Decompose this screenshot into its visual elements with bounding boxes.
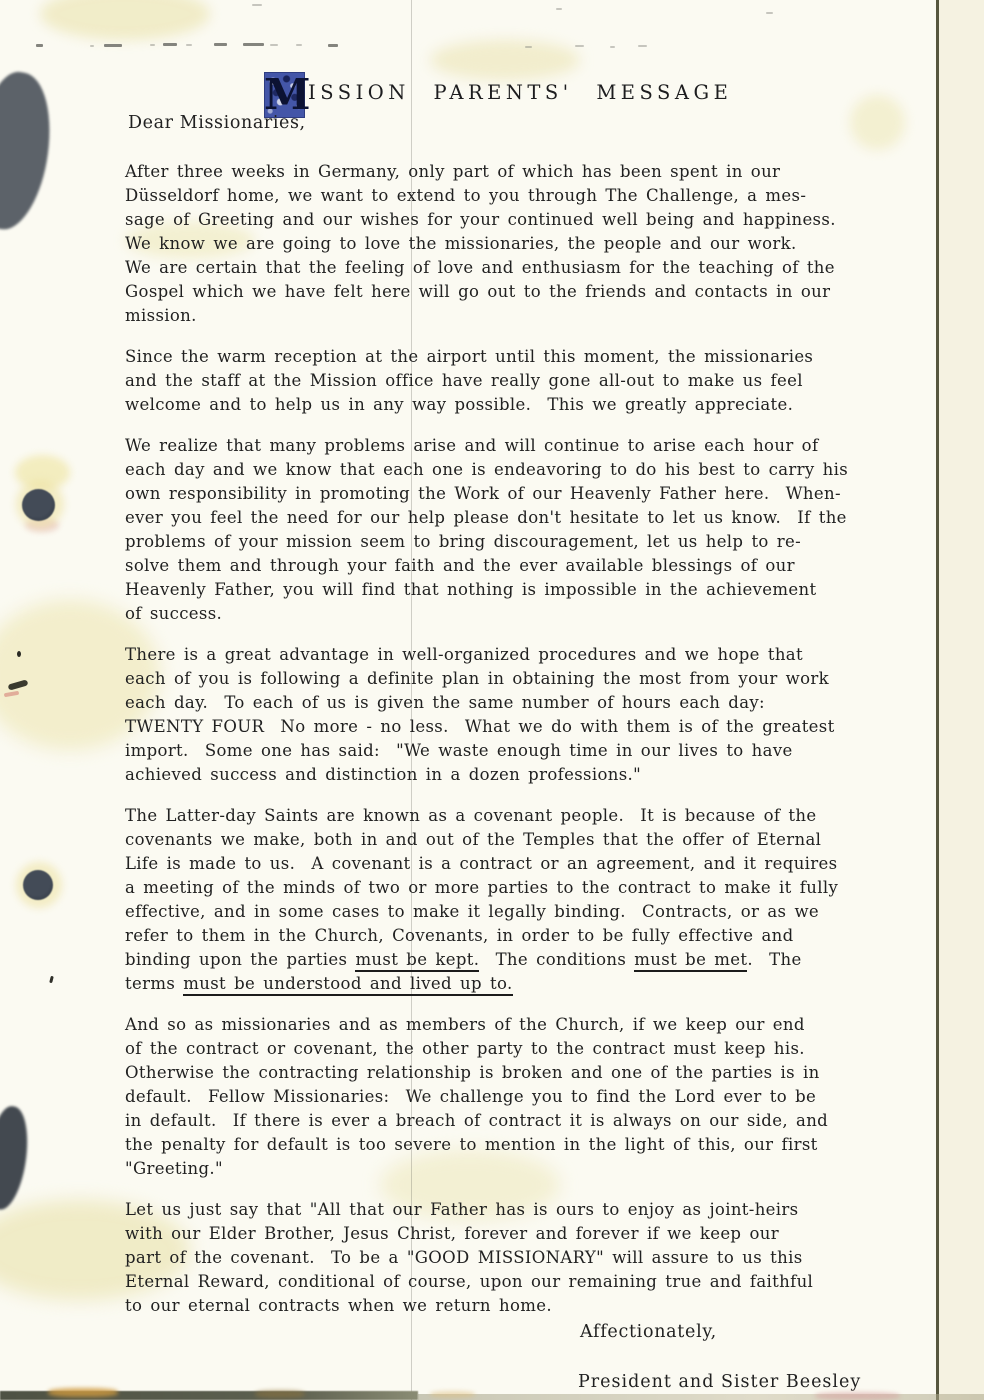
title-text: ISSION PARENTS' MESSAGE xyxy=(308,72,732,104)
paragraph: Since the warm reception at the airport … xyxy=(125,345,848,417)
salutation: Dear Missionaries, xyxy=(128,113,306,133)
punch-hole xyxy=(22,489,55,521)
letter-title: M ISSION PARENTS' MESSAGE xyxy=(264,72,732,118)
scan-shadow-blob xyxy=(0,1104,34,1213)
signature: President and Sister Beesley xyxy=(578,1372,861,1392)
paragraph: The Latter-day Saints are known as a cov… xyxy=(125,804,848,996)
page-edge-line xyxy=(936,0,939,1400)
ink-squiggle xyxy=(8,679,29,690)
scan-shadow-blob xyxy=(0,67,61,235)
scan-edge-smudge xyxy=(430,1391,475,1398)
paragraph: Let us just say that "All that our Fathe… xyxy=(125,1198,848,1318)
scan-edge-smudge xyxy=(255,1390,305,1398)
scan-edge-smudge xyxy=(48,1388,118,1397)
age-stain xyxy=(850,95,905,150)
illuminated-initial: M xyxy=(264,72,305,118)
letter-body: After three weeks in Germany, only part … xyxy=(125,160,848,1335)
scan-edge-smudge xyxy=(815,1392,900,1400)
paragraph: And so as missionaries and as members of… xyxy=(125,1013,848,1181)
page-edge-strip xyxy=(939,0,984,1400)
paragraph: We realize that many problems arise and … xyxy=(125,434,848,626)
ink-squiggle xyxy=(4,691,19,698)
paragraph: There is a great advantage in well-organ… xyxy=(125,643,848,787)
paragraph: After three weeks in Germany, only part … xyxy=(125,160,848,328)
closing: Affectionately, xyxy=(580,1322,717,1342)
ink-speck xyxy=(49,976,54,984)
ink-speck xyxy=(17,651,21,657)
punch-hole xyxy=(23,870,53,900)
age-stain xyxy=(40,0,210,40)
